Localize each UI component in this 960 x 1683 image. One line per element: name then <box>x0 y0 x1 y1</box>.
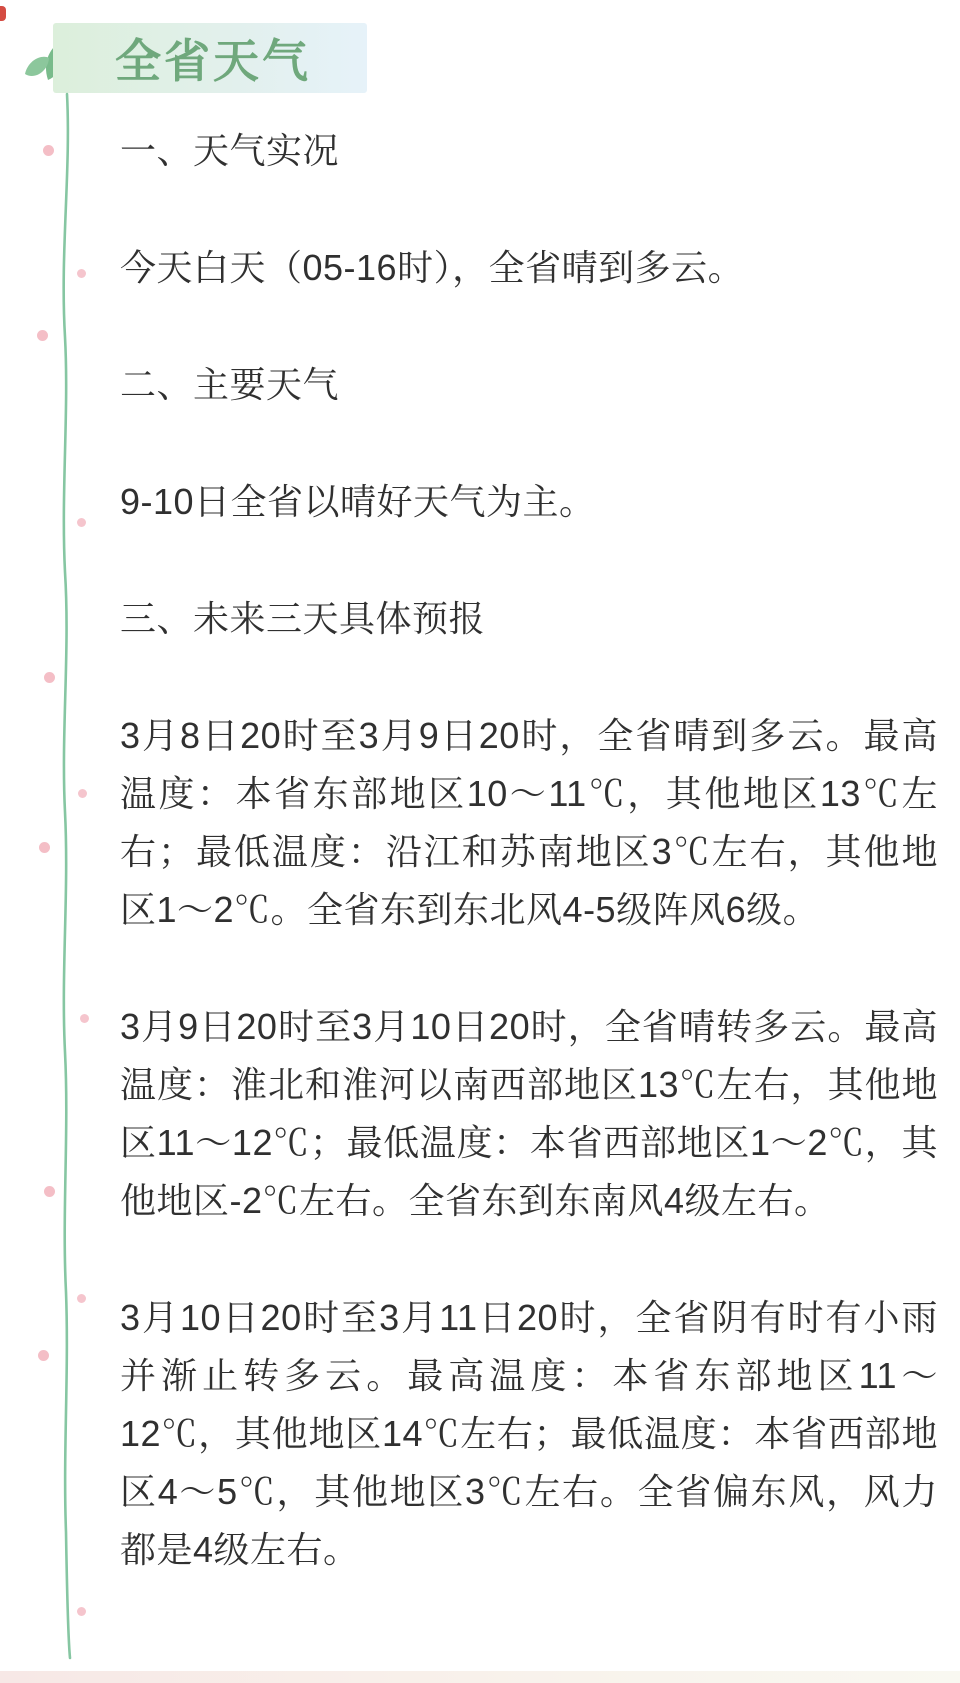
section-1-paragraph: 今天白天（05-16时），全省晴到多云。 <box>120 239 938 297</box>
corner-accent-mark <box>0 6 6 21</box>
section-3-heading: 三、未来三天具体预报 <box>120 590 938 648</box>
decor-dot <box>77 518 86 527</box>
decor-dot <box>44 1186 55 1197</box>
section-2-paragraph: 9-10日全省以晴好天气为主。 <box>120 473 938 531</box>
decor-dot <box>39 842 50 853</box>
section-1-heading: 一、天气实况 <box>120 122 938 180</box>
weather-report-body: 一、天气实况 今天白天（05-16时），全省晴到多云。 二、主要天气 9-10日… <box>120 122 938 1638</box>
decor-dot <box>77 1607 86 1616</box>
decor-dot <box>43 145 54 156</box>
forecast-paragraph-day3: 3月10日20时至3月11日20时，全省阴有时有小雨并渐止转多云。最高温度：本省… <box>120 1289 938 1579</box>
footer-strip <box>0 1671 960 1683</box>
forecast-paragraph-day2: 3月9日20时至3月10日20时，全省晴转多云。最高温度：淮北和淮河以南西部地区… <box>120 998 938 1230</box>
page-title: 全省天气 <box>115 25 311 91</box>
forecast-paragraph-day1: 3月8日20时至3月9日20时，全省晴到多云。最高温度：本省东部地区10～11℃… <box>120 707 938 939</box>
decor-dot <box>44 672 55 683</box>
decor-dot <box>77 269 86 278</box>
decor-dot <box>78 789 87 798</box>
page-title-banner: 全省天气 <box>53 23 367 93</box>
decor-dot <box>77 1294 86 1303</box>
decorative-vine-line <box>55 92 81 1662</box>
section-2-heading: 二、主要天气 <box>120 356 938 414</box>
decor-dot <box>80 1014 89 1023</box>
decor-dot <box>38 1350 49 1361</box>
decor-dot <box>37 330 48 341</box>
